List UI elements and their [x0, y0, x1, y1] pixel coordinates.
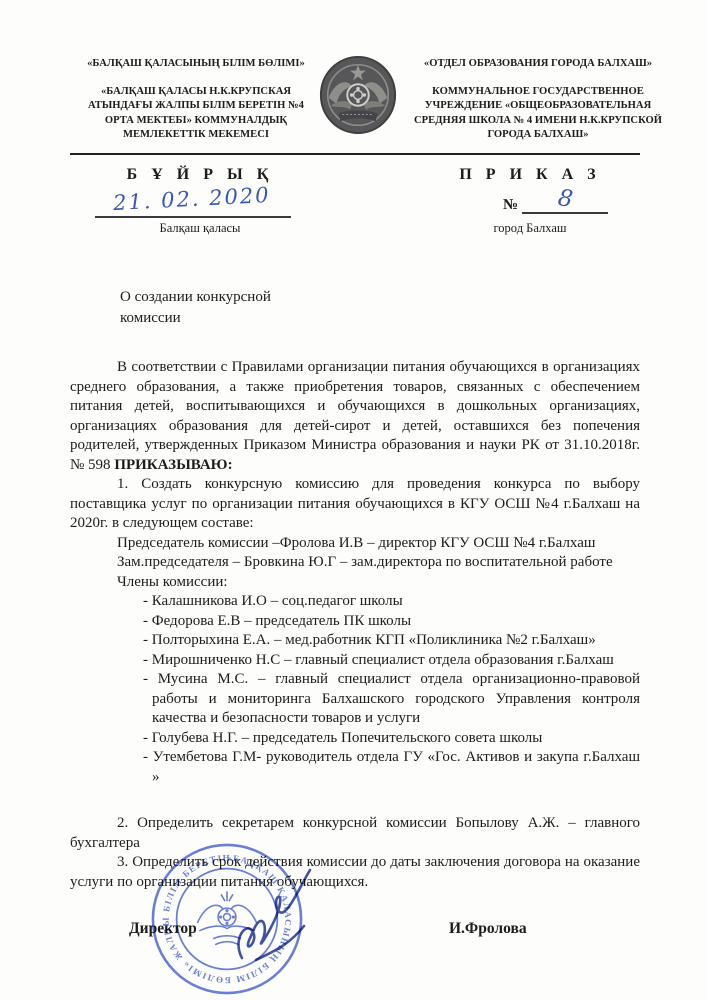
city-label-russian: город Балхаш [425, 221, 635, 236]
order-item-1: 1. Создать конкурсную комиссию для прове… [70, 475, 640, 534]
number-sign-label: № [503, 197, 518, 213]
header-org-russian: «ОТДЕЛ ОБРАЗОВАНИЯ ГОРОДА БАЛХАШ» КОММУН… [412, 57, 664, 143]
commission-vice-chair: Зам.председателя – Бровкина Ю.Г – зам.ди… [70, 553, 640, 573]
header-orgname-russian: КОММУНАЛЬНОЕ ГОСУДАРСТВЕННОЕ УЧРЕЖДЕНИЕ … [412, 85, 664, 143]
order-verb: ПРИКАЗЫВАЮ: [114, 457, 232, 473]
header-orgname-kazakh: «БАЛҚАШ ҚАЛАСЫ Н.К.КРУПСКАЯ АТЫНДАҒЫ ЖАЛ… [76, 85, 316, 143]
kazakhstan-coat-of-arms-icon [317, 53, 399, 137]
commission-member: - Мусина М.С. – главный специалист отдел… [70, 670, 640, 729]
order-title-kazakh: Б Ұ Й Р Ы Қ [95, 166, 305, 184]
header-divider [70, 153, 640, 155]
commission-member: - Калашникова И.О – соц.педагог школы [70, 592, 640, 612]
order-number-row: № 8 [503, 186, 623, 216]
signature-name: И.Фролова [449, 920, 527, 938]
header-dept-russian: «ОТДЕЛ ОБРАЗОВАНИЯ ГОРОДА БАЛХАШ» [412, 57, 664, 72]
order-body: В соответствии с Правилами организации п… [70, 358, 640, 892]
city-label-kazakh: Балқаш қаласы [95, 221, 305, 236]
date-underline: 21. 02. 2020 [95, 186, 291, 218]
commission-chair: Председатель комиссии –Фролова И.В – дир… [70, 534, 640, 554]
handwritten-number: 8 [556, 185, 574, 213]
handwritten-date: 21. 02. 2020 [112, 183, 271, 215]
handwritten-signature [228, 858, 318, 968]
document-page: «БАЛҚАШ ҚАЛАСЫНЫҢ БІЛІМ БӨЛІМІ» «БАЛҚАШ … [0, 0, 707, 1000]
commission-member: - Федорова Е.В – председатель ПК школы [70, 612, 640, 632]
preamble-paragraph: В соответствии с Правилами организации п… [70, 358, 640, 475]
order-subject: О создании конкурсной комиссии [120, 287, 305, 329]
commission-member: - Полторыхина Е.А. – мед.работник КГП «П… [70, 631, 640, 651]
number-underline: 8 [522, 186, 608, 214]
commission-member: - Голубева Н.Г. – председатель Попечител… [70, 729, 640, 749]
commission-members-label: Члены комиссии: [70, 573, 640, 593]
commission-member: - Мирошниченко Н.С – главный специалист … [70, 651, 640, 671]
order-title-russian: П Р И К А З [425, 166, 635, 184]
header-org-kazakh: «БАЛҚАШ ҚАЛАСЫНЫҢ БІЛІМ БӨЛІМІ» «БАЛҚАШ … [76, 57, 316, 143]
commission-member: - Утембетова Г.М- руководитель отдела ГУ… [70, 748, 640, 787]
header-dept-kazakh: «БАЛҚАШ ҚАЛАСЫНЫҢ БІЛІМ БӨЛІМІ» [76, 57, 316, 72]
preamble-text: В соответствии с Правилами организации п… [70, 359, 640, 473]
